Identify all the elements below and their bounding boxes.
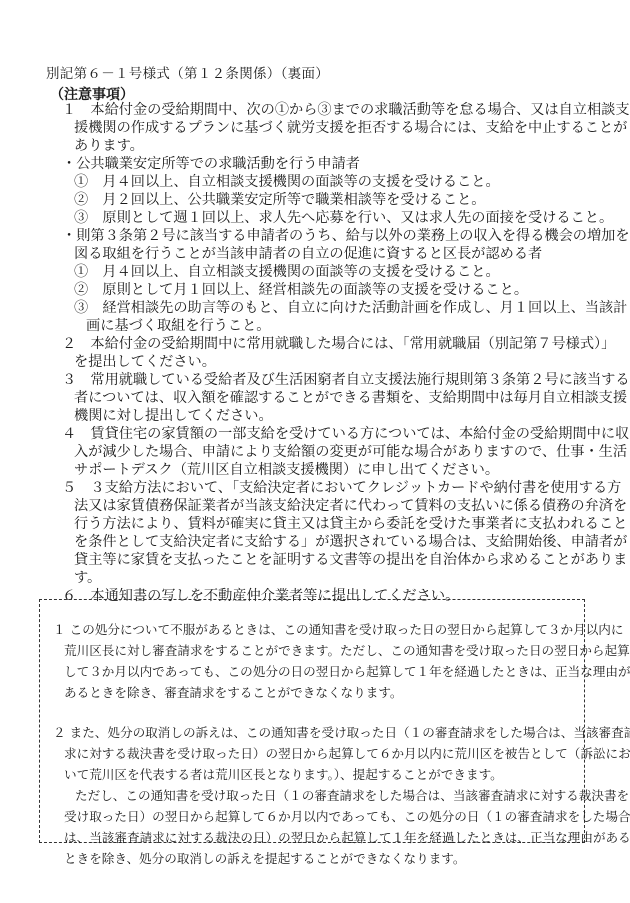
appeal-line: 求に対する裁決書を受け取った日）の翌日から起算して６か月以内に荒川区を被告として… xyxy=(53,743,583,764)
notes-line: １ 本給付金の受給期間中、次の①から③までの求職活動等を怠る場合、又は自立相談支 xyxy=(62,101,622,119)
notes-line: ① 月４回以上、自立相談支援機関の面談等の支援を受けること。 xyxy=(62,173,622,191)
appeal-line: いて荒川区を代表する者は荒川区長となります。）、提起することができます。 xyxy=(53,764,583,785)
appeal-notice-text: １ この処分について不服があるときは、この通知書を受け取った日の翌日から起算して… xyxy=(53,619,583,869)
paragraph-gap xyxy=(53,703,583,722)
notes-line: す。 xyxy=(62,569,622,587)
form-title: 別記第６－１号様式（第１２条関係）（裏面） xyxy=(46,62,329,82)
notes-line: 機関に対し提出してください。 xyxy=(62,407,622,425)
notes-line: 入が減少した場合、申請により支給額の変更が可能な場合がありますので、仕事・生活 xyxy=(62,443,622,461)
notes-line: 法又は家賃債務保証業者が当該支給決定者に代わって賃料の支払いに係る債務の弁済を xyxy=(62,497,622,515)
notes-line: を条件として支給決定者に支給する」が選択されている場合は、支給開始後、申請者が xyxy=(62,533,622,551)
appeal-line: 荒川区長に対し審査請求をすることができます。ただし、この通知書を受け取った日の翌… xyxy=(53,640,583,661)
notes-line: ③ 経営相談先の助言等のもと、自立に向けた活動計画を作成し、月１回以上、当該計 xyxy=(62,299,622,317)
notes-line: ２ 本給付金の受給期間中に常用就職した場合には、「常用就職届（別記第７号様式）」 xyxy=(62,335,622,353)
notes-line: 行う方法により、賃料が確実に貸主又は貸主から委託を受けた事業者に支払われること xyxy=(62,515,622,533)
notes-section: １ 本給付金の受給期間中、次の①から③までの求職活動等を怠る場合、又は自立相談支… xyxy=(62,101,622,605)
document-page: 別記第６－１号様式（第１２条関係）（裏面） （注意事項） １ 本給付金の受給期間… xyxy=(0,0,630,903)
appeal-line: １ この処分について不服があるときは、この通知書を受け取った日の翌日から起算して… xyxy=(53,619,583,640)
notes-line: ② 原則として月１回以上、経営相談先の面談等の支援を受けること。 xyxy=(62,281,622,299)
appeal-line: は、当該審査請求に対する裁決の日）の翌日から起算して１年を経過したときは、正当な… xyxy=(53,827,583,848)
notes-line: ３ 常用就職している受給者及び生活困窮者自立支援法施行規則第３条第２号に該当する xyxy=(62,371,622,389)
appeal-line: して３か月以内であっても、この処分の日の翌日から起算して１年を経過したときは、正… xyxy=(53,661,583,682)
notes-line: 貸主等に家賃を支払ったことを証明する文書等の提出を自治体から求めることがありま xyxy=(62,551,622,569)
appeal-line: ときを除き、処分の取消しの訴えを提起することができなくなります。 xyxy=(53,848,583,869)
notes-line: ４ 賃貸住宅の家賃額の一部支給を受けている方については、本給付金の受給期間中に収 xyxy=(62,425,622,443)
notes-line: を提出してください。 xyxy=(62,353,622,371)
notes-line: ③ 原則として週１回以上、求人先へ応募を行い、又は求人先の面接を受けること。 xyxy=(62,209,622,227)
appeal-line: 受け取った日）の翌日から起算して６か月以内であっても、この処分の日（１の審査請求… xyxy=(53,806,583,827)
notes-line: ① 月４回以上、自立相談支援機関の面談等の支援を受けること。 xyxy=(62,263,622,281)
notes-line: 者については、収入額を確認することができる書類を、支給期間中は毎月自立相談支援 xyxy=(62,389,622,407)
notes-line: ・公共職業安定所等での求職活動を行う申請者 xyxy=(62,155,622,173)
appeal-notice-box: １ この処分について不服があるときは、この通知書を受け取った日の翌日から起算して… xyxy=(39,599,585,843)
notes-line: ５ ３支給方法において、「支給決定者においてクレジットカードや納付書を使用する方 xyxy=(62,479,622,497)
notes-line: 画に基づく取組を行うこと。 xyxy=(62,317,622,335)
appeal-line: ２ また、処分の取消しの訴えは、この通知書を受け取った日（１の審査請求をした場合… xyxy=(53,722,583,743)
notes-line: 援機関の作成するプランに基づく就労支援を拒否する場合には、支給を中止することが xyxy=(62,119,622,137)
appeal-line: あるときを除き、審査請求をすることができなくなります。 xyxy=(53,682,583,703)
appeal-line: ただし、この通知書を受け取った日（１の審査請求をした場合は、当該審査請求に対する… xyxy=(53,785,583,806)
notes-line: 図る取組を行うことが当該申請者の自立の促進に資すると区長が認める者 xyxy=(62,245,622,263)
notes-line: ・則第３条第２号に該当する申請者のうち、給与以外の業務上の収入を得る機会の増加を xyxy=(62,227,622,245)
notes-line: サポートデスク（荒川区自立相談支援機関）に申し出てください。 xyxy=(62,461,622,479)
notes-line: あります。 xyxy=(62,137,622,155)
notes-line: ② 月２回以上、公共職業安定所等で職業相談等を受けること。 xyxy=(62,191,622,209)
